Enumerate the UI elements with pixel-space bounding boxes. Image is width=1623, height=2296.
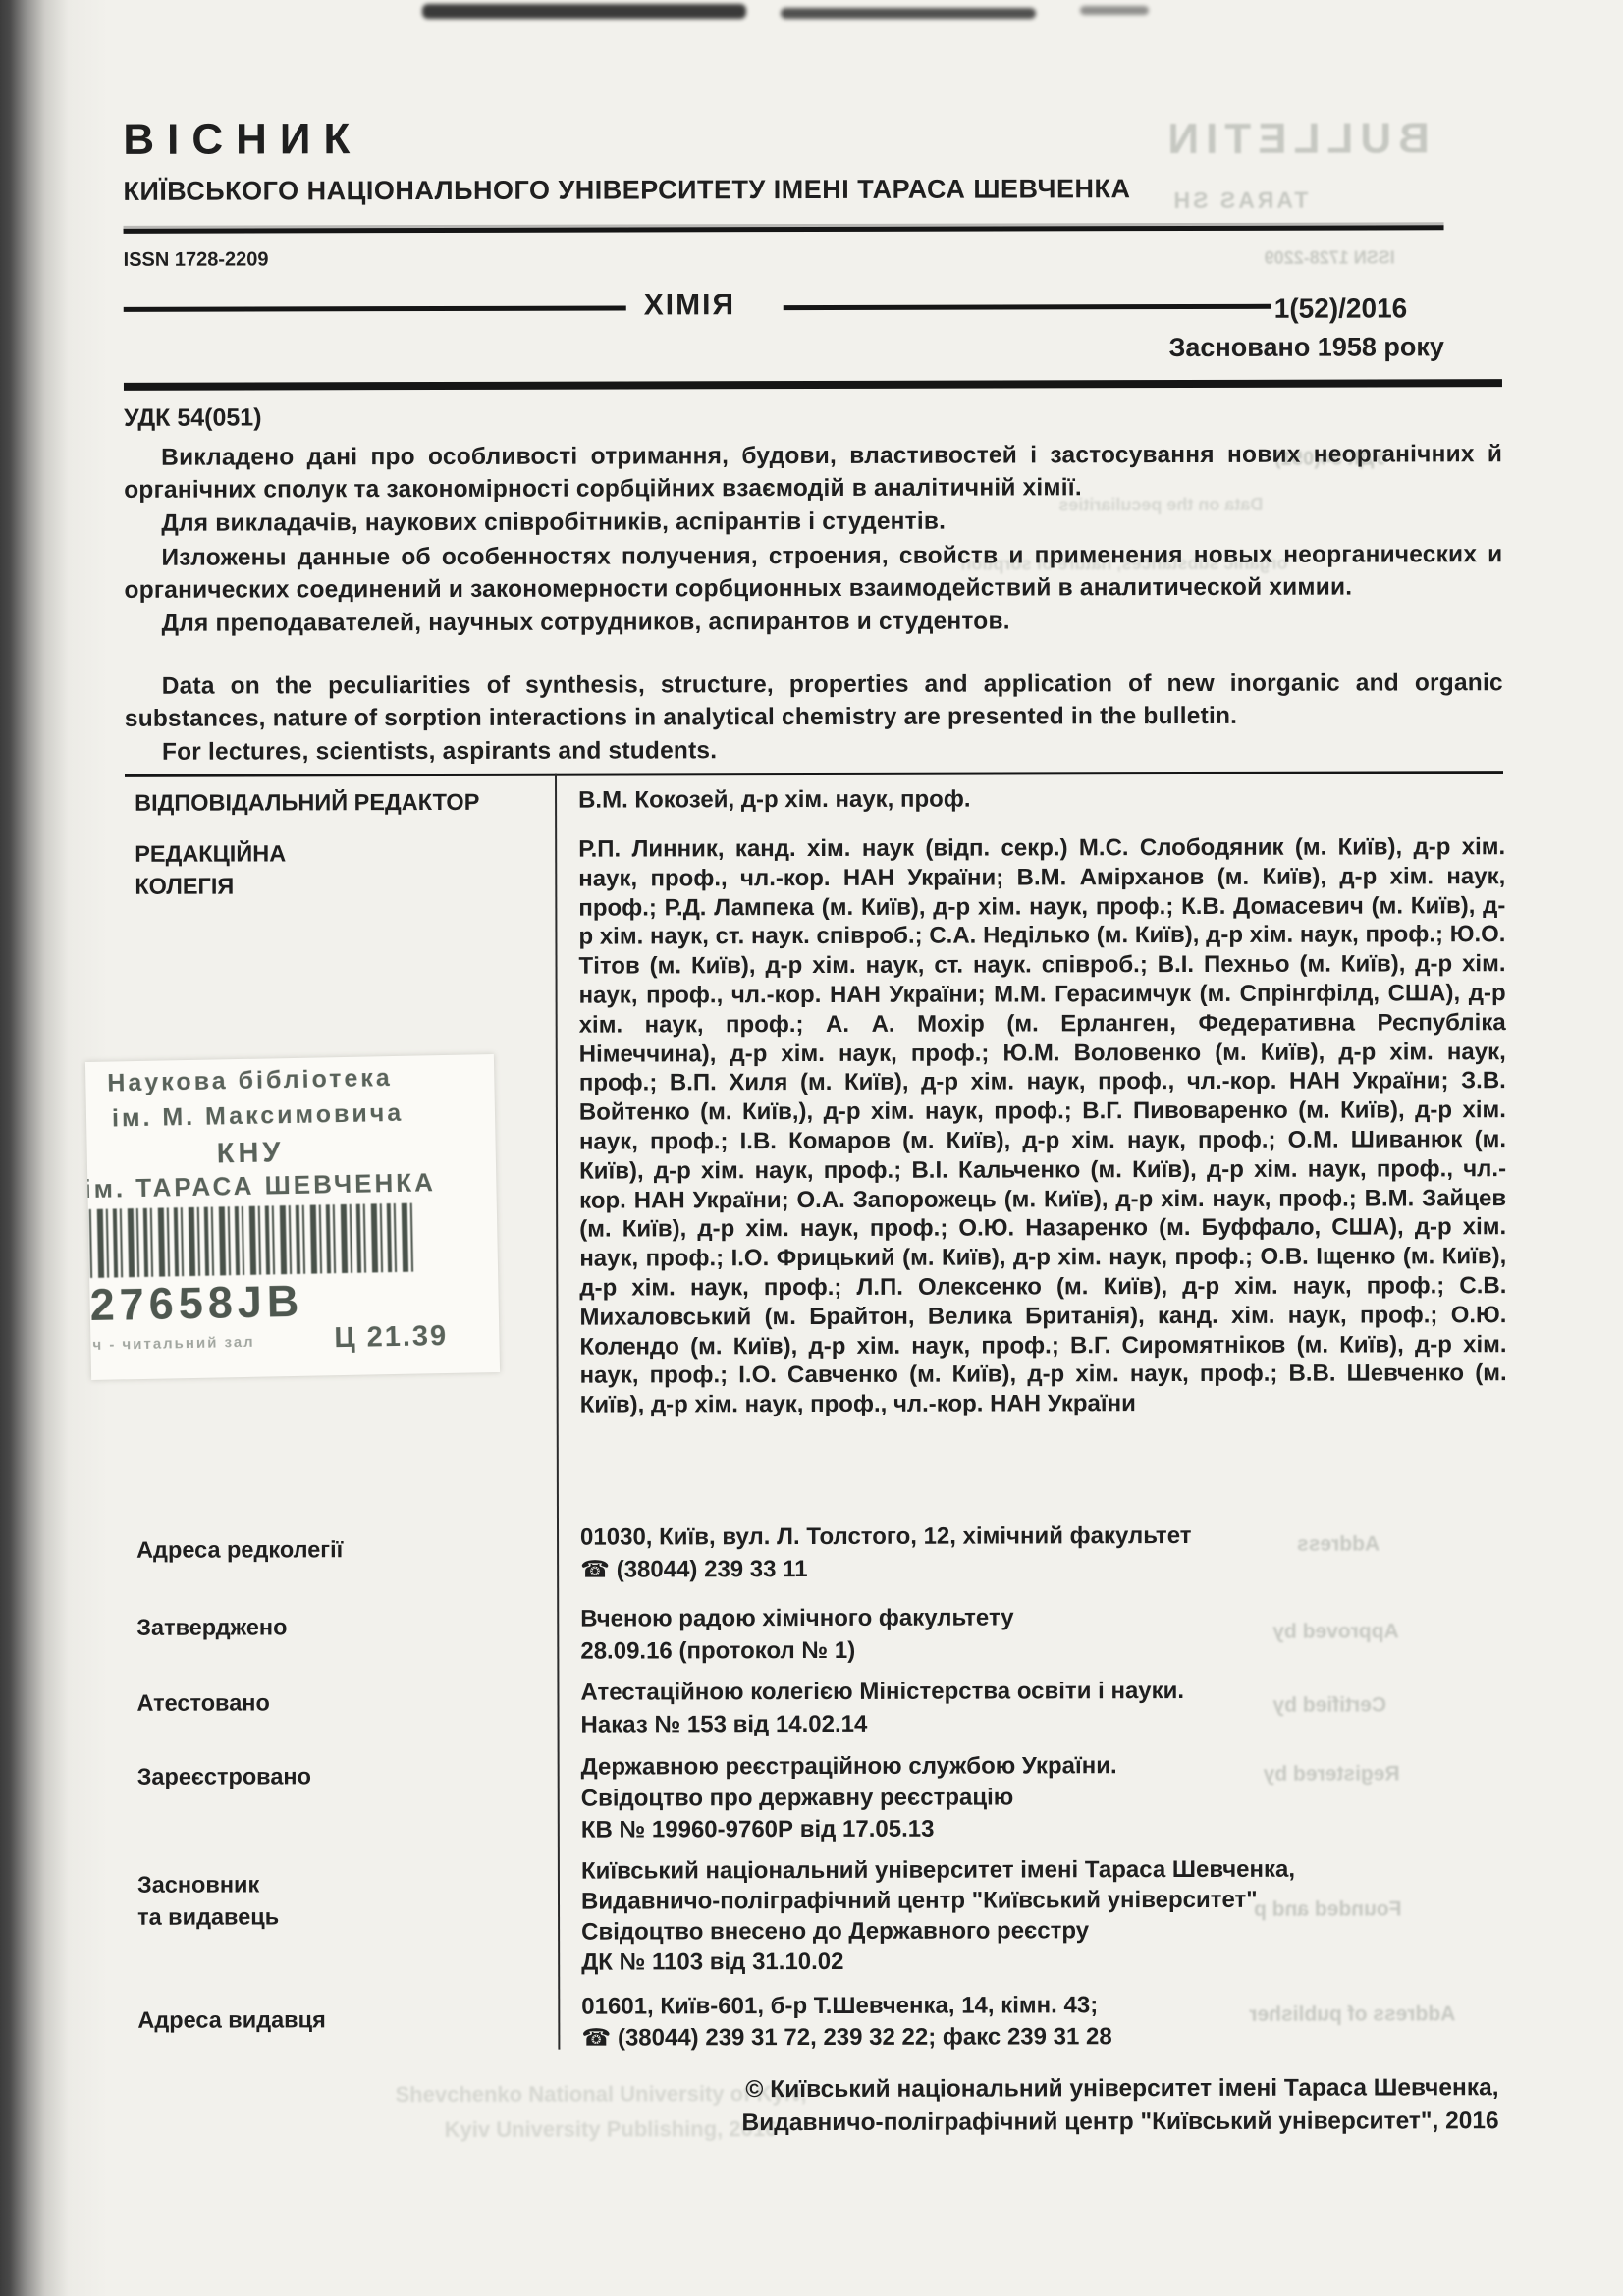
stamp-university-abbr: КНУ — [216, 1137, 284, 1170]
registered-label: Зареєстровано — [137, 1760, 311, 1792]
editorial-board-members: Р.П. Линник, канд. хім. наук (відп. секр… — [578, 832, 1507, 1419]
founder-publisher-label: Засновник та видавець — [137, 1868, 279, 1933]
bleedthrough-taras: TARAS SH — [1170, 187, 1308, 214]
copyright-notice: © Київський національний університет іме… — [741, 2071, 1498, 2140]
price-mark: Ц 21.39 — [334, 1320, 448, 1355]
scanned-page: BULLETIN TARAS SH ISSN 1728-2209 УДК 54(… — [0, 0, 1623, 2296]
editorial-board-label: РЕДАКЦІЙНА КОЛЕГІЯ — [135, 837, 286, 902]
stamp-library-name: ім. М. Максимовича — [112, 1099, 405, 1134]
series-rule-left — [124, 305, 626, 311]
registered-value: Державною реєстраційною службою України.… — [581, 1749, 1508, 1845]
certified-value: Атестаційною колегією Міністерства освіт… — [580, 1674, 1507, 1740]
university-name: КИЇВСЬКОГО НАЦІОНАЛЬНОГО УНІВЕРСИТЕТУ ІМ… — [123, 174, 1130, 207]
approved-value: Вченою радою хімічного факультету 28.09.… — [580, 1600, 1507, 1667]
approved-label: Затверджено — [136, 1611, 287, 1643]
responsible-editor-value: В.М. Кокозей, д-р хім. наук, проф. — [578, 782, 1505, 815]
annotation-en-text: Data on the peculiarities of synthesis, … — [125, 667, 1503, 735]
section-rule — [124, 379, 1502, 391]
editorial-address-value: 01030, Київ, вул. Л. Толстого, 12, хіміч… — [580, 1519, 1507, 1585]
responsible-editor-label: ВІДПОВІДАЛЬНИЙ РЕДАКТОР — [135, 786, 479, 820]
editorial-address-label: Адреса редколегії — [136, 1533, 343, 1567]
bleedthrough-footer: Kyiv University Publishing, 2016 — [445, 2116, 778, 2143]
bleedthrough-bulletin: BULLETIN — [1161, 114, 1430, 164]
annotation-russian: Изложены данные об особенностях получени… — [124, 538, 1502, 640]
barcode — [85, 1203, 417, 1279]
annotation-english: Data on the peculiarities of synthesis, … — [125, 667, 1503, 769]
accession-number: 27658JB — [89, 1276, 304, 1331]
annotation-uk-text: Викладено дані про особливості отримання… — [124, 438, 1502, 507]
certified-label: Атестовано — [136, 1686, 269, 1719]
series-rule-right — [784, 304, 1271, 310]
bleedthrough-issn: ISSN 1728-2209 — [1265, 247, 1395, 268]
annotation-ru-audience: Для преподавателей, научных сотрудников,… — [125, 604, 1503, 640]
issn-number: ISSN 1728-2209 — [124, 248, 269, 271]
series-title: ХІМІЯ — [644, 289, 735, 322]
table-top-rule — [125, 771, 1503, 777]
library-stamp: Наукова бібліотека ім. М. Максимовича КН… — [85, 1054, 500, 1380]
udc-code: УДК 54(051) — [124, 403, 262, 432]
publisher-address-label: Адреса видавця — [137, 2003, 326, 2037]
founder-publisher-value: Київський національний університет імені… — [581, 1853, 1508, 1977]
journal-title: ВІСНИК — [123, 115, 362, 165]
founded-note: Засновано 1958 року — [1168, 332, 1443, 363]
stamp-university-name: ім. ТАРАСА ШЕВЧЕНКА — [85, 1167, 436, 1204]
stamp-reading-room-note: ч - читальний зал — [92, 1334, 255, 1354]
issue-number: 1(52)/2016 — [1274, 293, 1408, 324]
publisher-address-value: 01601, Київ-601, б-р Т.Шевченка, 14, кім… — [581, 1989, 1508, 2054]
stamp-library-name: Наукова бібліотека — [107, 1064, 393, 1098]
annotation-ukrainian: Викладено дані про особливості отримання… — [124, 438, 1502, 540]
annotation-en-audience: For lectures, scientists, aspirants and … — [125, 732, 1503, 769]
annotation-uk-audience: Для викладачів, наукових співробітників,… — [124, 504, 1502, 540]
annotation-ru-text: Изложены данные об особенностях получени… — [124, 538, 1502, 607]
table-column-divider — [555, 774, 560, 2050]
masthead-rule — [124, 225, 1444, 234]
